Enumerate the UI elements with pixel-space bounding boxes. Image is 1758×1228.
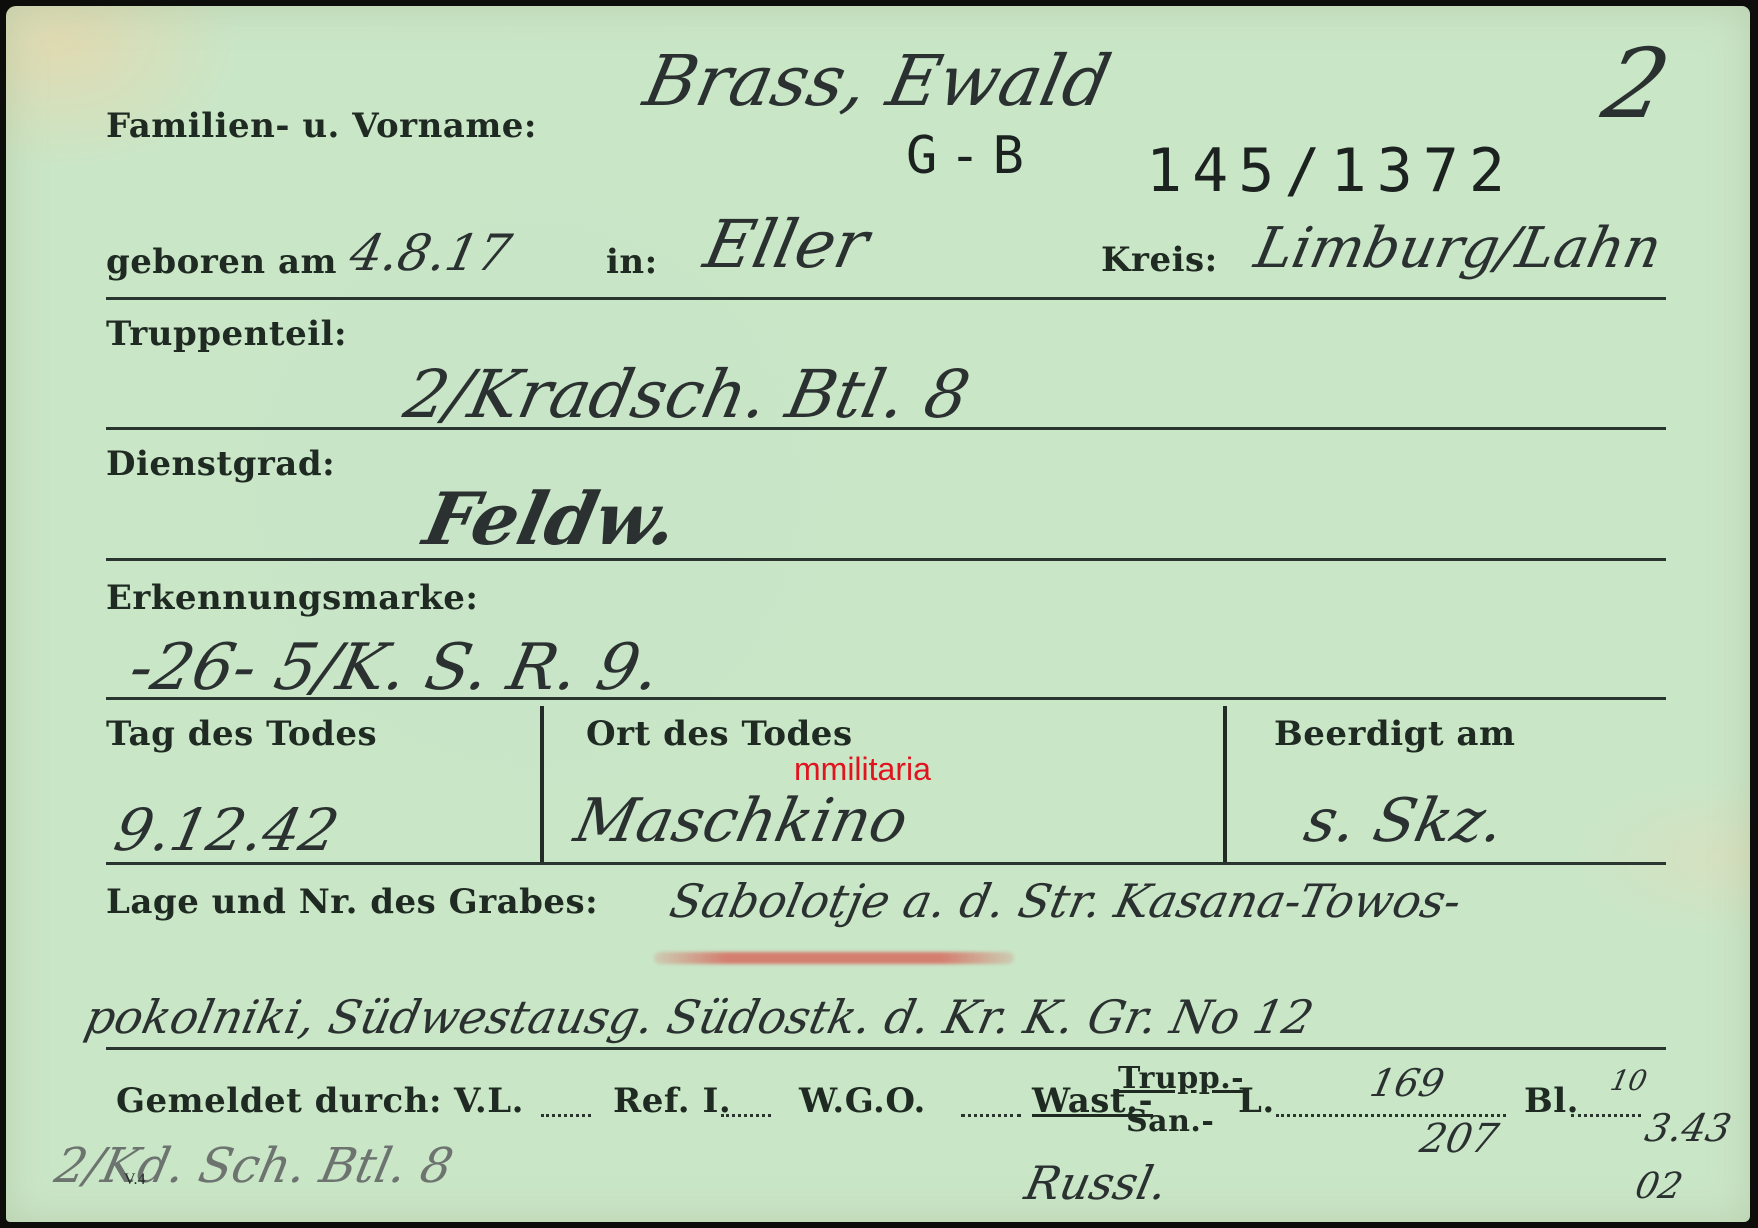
death-card: 2 Familien- u. Vorname: Brass, Ewald G-B… xyxy=(6,6,1750,1222)
note-wast: Russl. xyxy=(1020,1156,1172,1210)
value-bl-middle: 3.43 xyxy=(1641,1106,1735,1150)
label-grave: Lage und Nr. des Grabes: xyxy=(106,882,598,922)
dots-wgo xyxy=(961,1114,1021,1117)
label-district: Kreis: xyxy=(1101,240,1218,280)
value-buried: s. Skz. xyxy=(1299,786,1511,856)
option-trupp: Trupp.- xyxy=(1118,1061,1244,1096)
line-death xyxy=(106,862,1666,865)
form-code: V.4 xyxy=(124,1171,146,1189)
value-id-tag: -26- 5/K. S. R. 9. xyxy=(123,631,667,705)
label-name: Familien- u. Vorname: xyxy=(106,106,537,146)
label-death-date: Tag des Todes xyxy=(106,714,377,754)
value-born-date: 4.8.17 xyxy=(345,224,516,282)
value-bl-top: 10 xyxy=(1607,1064,1650,1097)
option-ref: Ref. I. xyxy=(613,1081,731,1121)
option-san: San.- xyxy=(1126,1104,1214,1139)
option-wgo: W.G.O. xyxy=(799,1081,926,1121)
note-unit: 2/Kd. Sch. Btl. 8 xyxy=(50,1138,458,1194)
line-id-tag xyxy=(106,697,1666,700)
value-born-place: Eller xyxy=(698,206,875,283)
line-born xyxy=(106,297,1666,300)
dots-ref xyxy=(721,1114,771,1117)
stamp-code: G-B xyxy=(906,126,1036,186)
divider-1 xyxy=(540,706,544,864)
value-rank: Feldw. xyxy=(417,476,686,561)
value-name: Brass, Ewald xyxy=(637,40,1117,122)
value-death-date: 9.12.42 xyxy=(109,796,345,864)
label-death-place: Ort des Todes xyxy=(586,714,853,754)
label-unit: Truppenteil: xyxy=(106,314,347,354)
value-grave-line1: Sabolotje a. d. Str. Kasana-Towos- xyxy=(665,874,1466,928)
dots-vl xyxy=(541,1114,591,1117)
dots-bl xyxy=(1571,1114,1641,1117)
label-born-place: in: xyxy=(606,242,658,282)
corner-number: 2 xyxy=(1594,28,1679,140)
watermark: mmilitaria xyxy=(794,751,931,788)
line-grave xyxy=(106,1047,1666,1050)
value-unit: 2/Kradsch. Btl. 8 xyxy=(398,356,976,433)
line-unit xyxy=(106,427,1666,430)
divider-2 xyxy=(1223,706,1227,864)
line-rank xyxy=(106,558,1666,561)
label-born-date: geboren am xyxy=(106,242,337,282)
stamp-number: 145/1372 xyxy=(1146,136,1515,206)
option-l: L. xyxy=(1238,1081,1275,1121)
red-pencil-mark xyxy=(654,952,1014,964)
value-l-top: 169 xyxy=(1366,1061,1448,1105)
value-death-place: Maschkino xyxy=(569,786,914,856)
label-buried: Beerdigt am xyxy=(1274,714,1515,754)
value-grave-line2: pokolniki, Südwestausg. Südostk. d. Kr. … xyxy=(80,990,1318,1044)
label-id-tag: Erkennungsmarke: xyxy=(106,578,478,618)
label-rank: Dienstgrad: xyxy=(106,444,335,484)
value-l-bottom: 207 xyxy=(1416,1116,1502,1162)
value-district: Limburg/Lahn xyxy=(1249,216,1667,281)
option-vl: V.L. xyxy=(454,1081,524,1121)
label-reported-by: Gemeldet durch: xyxy=(116,1081,442,1121)
value-bl-bottom: 02 xyxy=(1632,1166,1687,1207)
